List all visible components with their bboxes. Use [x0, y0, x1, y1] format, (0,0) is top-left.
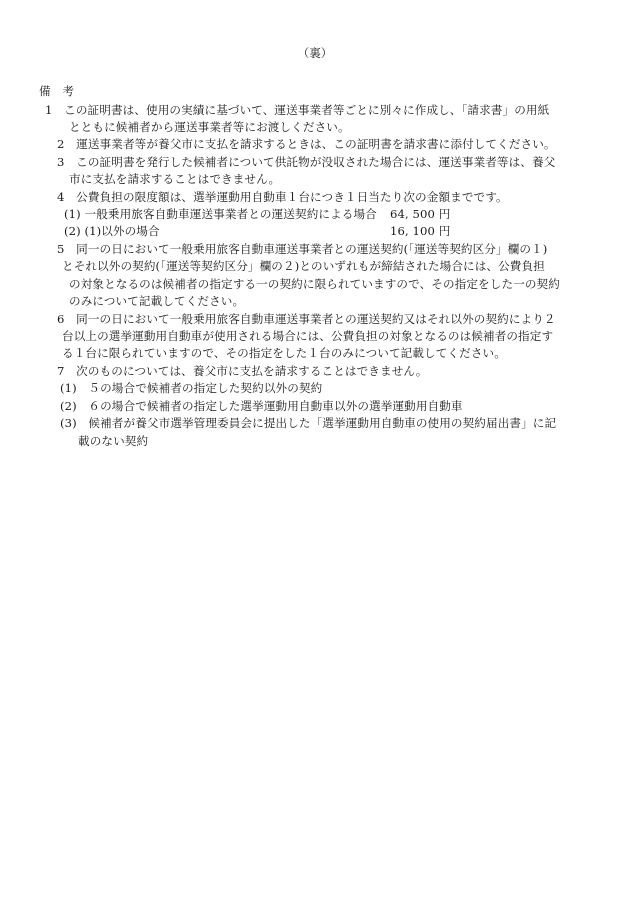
- document-page: （裏） 備 考 1 この証明書は、使用の実績に基づいて、運送事業者等ごとに別々に…: [0, 0, 630, 903]
- note-6-line-3: る１台に限られていますので、その指定をした１台のみについて記載してください。: [62, 345, 506, 361]
- note-3-line-2: 市に支払を請求することはできません。: [69, 171, 280, 187]
- remarks-heading: 備 考: [39, 83, 74, 99]
- note-7-item-1: (1) ５の場合で候補者の指定した契約以外の契約: [60, 380, 322, 396]
- note-7-item-2: (2) ６の場合で候補者の指定した選挙運動用自動車以外の選挙運動用自動車: [60, 398, 463, 414]
- note-4-line-1: 4 公費負担の限度額は、選挙運動用自動車１台につき１日当たり次の金額までです。: [57, 189, 508, 205]
- note-5-line-2: とそれ以外の契約(「運送等契約区分」欄の２)とのいずれもが締結された場合には、公…: [62, 258, 545, 274]
- note-5-line-4: のみについて記載してください。: [69, 293, 244, 309]
- note-7-item-3-line-1: (3) 候補者が養父市選挙管理委員会に提出した「選挙運動用自動車の使用の契約届出…: [60, 415, 556, 431]
- note-5-line-1: 5 同一の日において一般乗用旅客自動車運送事業者との運送契約(「運送等契約区分」…: [57, 241, 547, 257]
- note-6-line-2: 台以上の選挙運動用自動車が使用される場合には、公費負担の対象となるのは候補者の指…: [62, 328, 553, 344]
- amount-limit-1: 64, 500 円: [390, 206, 450, 222]
- note-5-line-3: の対象となるのは候補者の指定する一の契約に限られていますので、その指定をした一の…: [69, 276, 560, 292]
- note-3-line-1: 3 この証明書を発行した候補者について供託物が没収された場合には、運送事業者等は…: [57, 154, 555, 170]
- note-6-line-1: 6 同一の日において一般乗用旅客自動車運送事業者との運送契約又はそれ以外の契約に…: [57, 311, 556, 327]
- note-4-item-1: (1) 一般乗用旅客自動車運送事業者との運送契約による場合: [64, 206, 377, 222]
- note-7-item-3-line-2: 載のない契約: [78, 433, 148, 449]
- note-2-line-1: 2 運送事業者等が養父市に支払を請求するときは、この証明書を請求書に添付してくだ…: [57, 136, 556, 152]
- note-4-item-2: (2) (1)以外の場合: [64, 223, 160, 239]
- amount-limit-2: 16, 100 円: [390, 223, 450, 239]
- page-title: （裏）: [0, 45, 630, 61]
- note-1-line-2: とともに候補者から運送事業者等にお渡しください。: [69, 119, 350, 135]
- note-7-line-1: 7 次のものについては、養父市に支払を請求することはできません。: [57, 363, 427, 379]
- note-1-line-1: 1 この証明書は、使用の実績に基づいて、運送事業者等ごとに別々に作成し、「請求書…: [45, 102, 549, 118]
